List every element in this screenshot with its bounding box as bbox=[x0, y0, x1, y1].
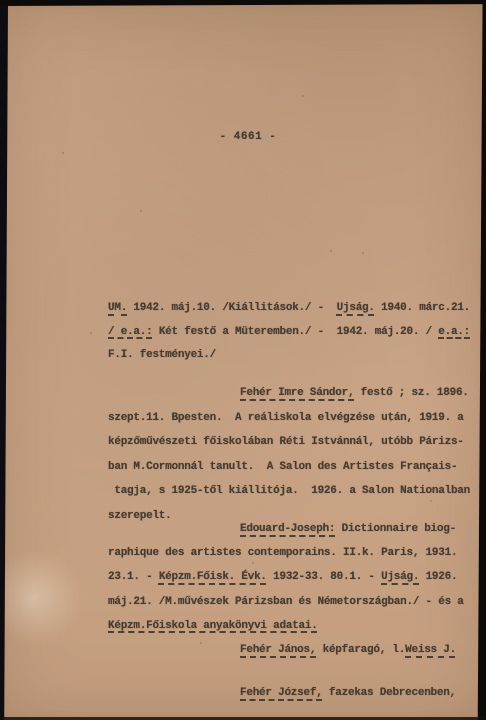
underlined-term: Képzm.Főisk. Évk. bbox=[159, 571, 267, 583]
text-segment: 1942. máj.10. /Kiállitások./ - bbox=[127, 302, 337, 314]
entry-um-citations: UM. 1942. máj.10. /Kiállitások./ - Ujság… bbox=[108, 297, 480, 368]
entry-edouard-joseph-bibliography: Edouard-Joseph: Dictionnaire biog- raphi… bbox=[108, 517, 480, 638]
text-line: raphique des artistes contemporains. II.… bbox=[108, 541, 480, 565]
text-line: képzőművészeti főiskolában Réti Istvánná… bbox=[108, 430, 480, 455]
underlined-term: UM. bbox=[108, 302, 127, 314]
underlined-term: Edouard-Joseph: bbox=[240, 523, 335, 535]
text-line: Edouard-Joseph: Dictionnaire biog- bbox=[108, 517, 480, 541]
underlined-term: Fehér Imre Sándor, bbox=[240, 387, 354, 399]
text-segment: 1926. bbox=[419, 571, 457, 583]
text-segment: szept.11. Bpesten. A reáliskola elvégzés… bbox=[108, 412, 464, 424]
text-segment: raphique des artistes contemporains. II.… bbox=[108, 547, 457, 559]
text-line: Fehér Imre Sándor, festő ; sz. 1896. bbox=[108, 381, 480, 406]
scanned-document-page: - 4661 - UM. 1942. máj.10. /Kiállitások.… bbox=[0, 0, 486, 720]
text-line: / e.a.: Két festő a Müteremben./ - 1942.… bbox=[108, 321, 480, 345]
text-segment: képfaragó, l. bbox=[316, 644, 405, 656]
text-segment: 1932-33. 80.1. - bbox=[267, 571, 381, 583]
text-segment: máj.21. /M.művészek Párizsban és Németor… bbox=[108, 596, 464, 608]
text-line: máj.21. /M.művészek Párizsban és Németor… bbox=[108, 590, 480, 614]
text-line: ban M.Cormonnál tanult. A Salon des Arti… bbox=[108, 455, 480, 480]
text-line: szept.11. Bpesten. A reáliskola elvégzés… bbox=[108, 406, 480, 431]
text-line: Fehér József, fazekas Debrecenben, bbox=[108, 687, 480, 699]
typewritten-text-layer: - 4661 - UM. 1942. máj.10. /Kiállitások.… bbox=[0, 0, 486, 720]
underlined-term: / e.a.: bbox=[108, 326, 152, 338]
text-segment: Két festő a Müteremben./ - 1942. máj.20.… bbox=[152, 326, 438, 338]
entry-feher-janos: Fehér János, képfaragó, l.Weiss J. bbox=[108, 644, 480, 656]
text-line: F.I. festményei./ bbox=[108, 344, 480, 368]
text-segment: 23.1. - bbox=[108, 571, 159, 583]
text-line: tagja, s 1925-től kiállitója. 1926. a Sa… bbox=[108, 479, 480, 504]
text-segment: ban M.Cormonnál tanult. A Salon des Arti… bbox=[108, 461, 457, 473]
text-segment: fazekas Debrecenben, bbox=[323, 687, 456, 699]
underlined-term: Weiss J. bbox=[405, 644, 456, 656]
text-segment: képzőművészeti főiskolában Réti Istvánná… bbox=[108, 436, 464, 448]
text-segment: tagja, s 1925-től kiállitója. 1926. a Sa… bbox=[108, 485, 470, 497]
text-line: Képzm.Főiskola anyakönyvi adatai. bbox=[108, 614, 480, 638]
underlined-term: Képzm.Főiskola anyakönyvi adatai. bbox=[108, 620, 318, 632]
underlined-term: Fehér József, bbox=[240, 687, 323, 699]
entry-feher-imre-sandor: Fehér Imre Sándor, festő ; sz. 1896. sze… bbox=[108, 381, 480, 528]
text-segment: festő ; sz. 1896. bbox=[354, 387, 468, 399]
underlined-term: Ujság. bbox=[337, 302, 375, 314]
text-line: 23.1. - Képzm.Főisk. Évk. 1932-33. 80.1.… bbox=[108, 565, 480, 589]
text-segment: Dictionnaire biog- bbox=[335, 523, 456, 535]
underlined-term: e.a.: bbox=[438, 326, 470, 338]
entry-feher-jozsef: Fehér József, fazekas Debrecenben, bbox=[108, 687, 480, 699]
text-segment: 1940. márc.21. bbox=[375, 302, 470, 314]
underlined-term: Ujság. bbox=[381, 571, 419, 583]
underlined-term: Fehér János, bbox=[240, 644, 316, 656]
page-number: - 4661 - bbox=[5, 131, 486, 143]
text-line: Fehér János, képfaragó, l.Weiss J. bbox=[108, 644, 480, 656]
text-line: UM. 1942. máj.10. /Kiállitások./ - Ujság… bbox=[108, 297, 480, 321]
text-segment: F.I. festményei./ bbox=[108, 349, 216, 361]
